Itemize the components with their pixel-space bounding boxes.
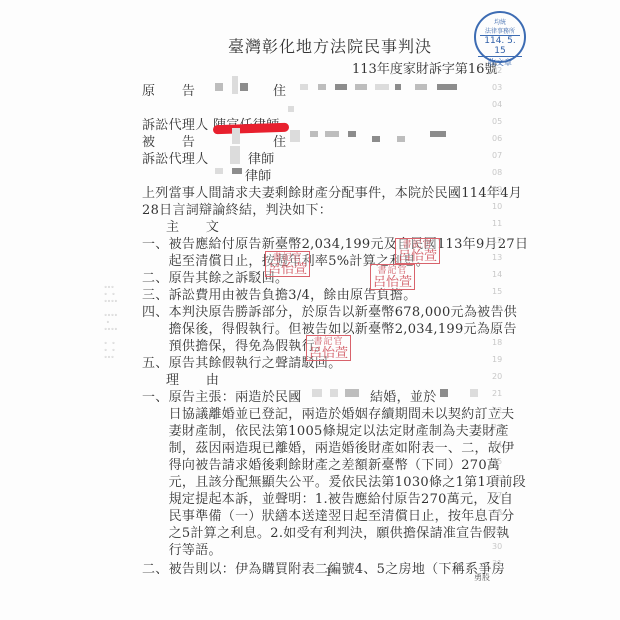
redacted-date	[345, 389, 359, 397]
redacted-address	[437, 84, 457, 90]
redacted-date	[440, 389, 448, 397]
redacted-address	[348, 131, 356, 137]
redacted-address	[335, 84, 347, 90]
redacted-address	[395, 84, 401, 90]
document-title: 臺灣彰化地方法院民事判決	[228, 34, 432, 57]
receipt-stamp: 均統 法律事務所 114. 5. 15 收文章	[474, 11, 526, 63]
redacted-address	[355, 84, 367, 90]
redacted-block	[232, 128, 240, 144]
redacted-address	[288, 106, 294, 112]
clerk-seal: 書記官呂怡萱	[395, 238, 440, 264]
body-line: 二、被告則以：伊為購買附表二編號4、5之房地（下稱系爭房	[142, 558, 505, 577]
redacted-address	[318, 84, 326, 90]
redacted-block	[215, 83, 223, 91]
receipt-stamp-date: 114. 5. 15	[478, 36, 522, 57]
redacted-date	[470, 389, 478, 397]
redacted-address	[397, 136, 405, 142]
body-line: 行等語。	[142, 539, 222, 558]
redacted-block	[232, 168, 242, 174]
redacted-address	[430, 131, 446, 137]
receipt-stamp-line1: 均統	[476, 17, 524, 26]
redacted-address	[372, 136, 380, 142]
redacted-address	[325, 131, 339, 137]
defendant-agent-label: 訴訟代理人	[142, 148, 209, 167]
redacted-block	[230, 146, 240, 164]
redacted-date	[312, 389, 322, 397]
division-mark: 勇股	[474, 572, 490, 583]
clerk-seal: 書記官呂怡萱	[370, 264, 415, 290]
redacted-address	[375, 84, 389, 90]
redacted-block	[215, 168, 223, 174]
clerk-seal: 書記官呂怡萱	[265, 251, 310, 277]
punch-hole-marks: ∘∘∘∘ ∘∘∘∘∘∘∘∘∘ ∘∘∘∘∘∘ ∘∘ ∘∘∘∘	[104, 284, 120, 361]
redacted-address	[415, 84, 427, 90]
redacted-block	[240, 83, 248, 91]
receipt-stamp-firm: 法律事務所	[480, 26, 520, 36]
redacted-date	[330, 389, 338, 397]
judgment-page: 臺灣彰化地方法院民事判決 113年度家財訴字第16號 均統 法律事務所 114.…	[0, 0, 620, 620]
redacted-address	[300, 84, 308, 90]
page-number: 1	[325, 565, 333, 579]
defendant-address-label: 住	[273, 131, 286, 150]
plaintiff-label: 原 告	[142, 80, 195, 99]
redacted-block	[232, 76, 238, 94]
clerk-seal: 書記官呂怡萱	[306, 335, 351, 361]
redacted-address	[290, 130, 300, 142]
redacted-address	[310, 131, 318, 137]
plaintiff-address-label: 住	[273, 80, 286, 99]
